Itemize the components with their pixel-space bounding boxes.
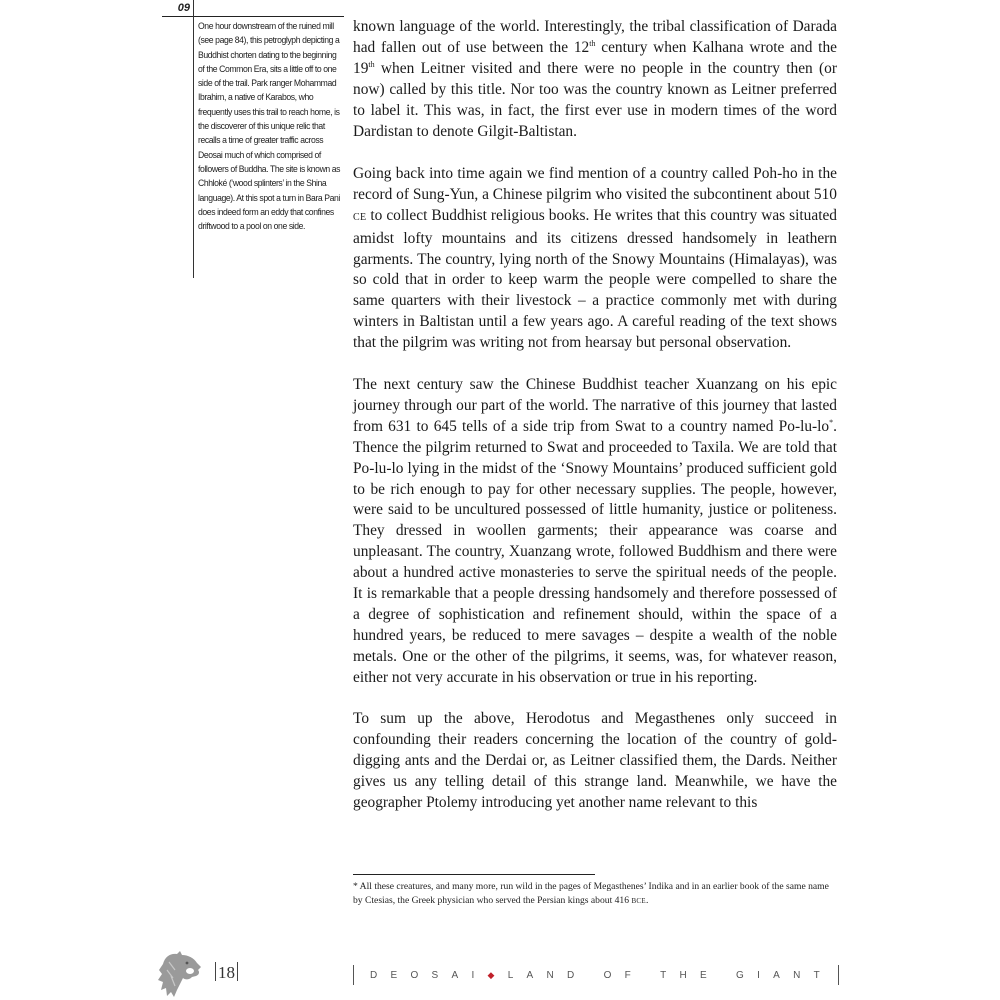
figure-caption: One hour downstream of the ruined mill (… [198, 20, 344, 234]
body-text: known language of the world. Interesting… [353, 17, 837, 835]
book-title: D E O S A I ◆ L A N D O F T H E G I A N … [354, 970, 838, 981]
caption-divider-horizontal [162, 16, 344, 17]
running-head: D E O S A I ◆ L A N D O F T H E G I A N … [353, 962, 839, 988]
diamond-separator-icon: ◆ [488, 970, 495, 981]
page-number: 18 [213, 962, 240, 983]
paragraph-3: The next century saw the Chinese Buddhis… [353, 375, 837, 689]
paragraph-1: known language of the world. Interesting… [353, 17, 837, 142]
running-head-right-bar [838, 965, 839, 985]
figure-number: 09 [166, 2, 190, 14]
caption-divider-vertical [193, 0, 194, 278]
footnote-rule [353, 874, 595, 875]
footnote: * All these creatures, and many more, ru… [353, 880, 837, 908]
paragraph-2: Going back into time again we find menti… [353, 164, 837, 354]
paragraph-4: To sum up the above, Herodotus and Megas… [353, 709, 837, 814]
bear-head-logo-icon [157, 950, 203, 998]
